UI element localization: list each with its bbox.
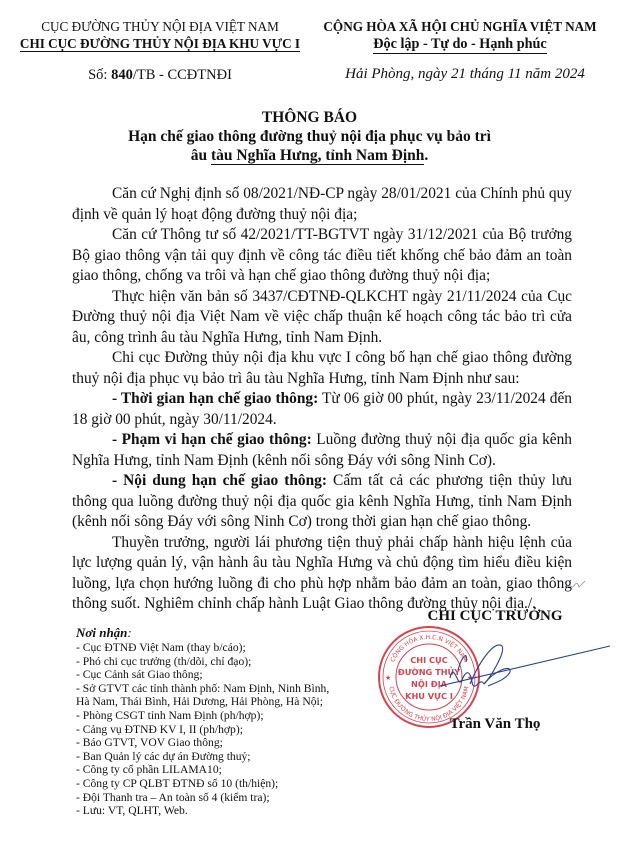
title-subtitle-1: Hạn chế giao thông đường thuỷ nội địa ph…	[0, 127, 619, 146]
title-subtitle-2: âu tàu Nghĩa Hưng, tỉnh Nam Định.	[0, 146, 619, 165]
recipient-item: - Phó chi cục trưởng (th/dõi, chỉ đạo);	[76, 655, 336, 669]
recipient-item: Hà Nam, Thái Bình, Hải Dương, Hải Phòng,…	[76, 695, 336, 709]
recipient-item: - Sở GTVT các tỉnh thành phố: Nam Định, …	[76, 682, 336, 696]
legal-basis-2: Căn cứ Thông tư số 42/2021/TT-BGTVT ngày…	[72, 225, 572, 287]
national-header: CỘNG HÒA XÃ HỘI CHỦ NGHĨA VIỆT NAM Độc l…	[310, 18, 610, 54]
recipient-item: - Cục Cảnh sát Giao thông;	[76, 668, 336, 682]
recipient-item: - Phòng CSGT tỉnh Nam Định (ph/hợp);	[76, 709, 336, 723]
document-body: Căn cứ Nghị định số 08/2021/NĐ-CP ngày 2…	[72, 184, 572, 615]
recipient-item: - Cục ĐTNĐ Việt Nam (thay b/cáo);	[76, 641, 336, 655]
recipient-item: - Lưu: VT, QLHT, Web.	[76, 804, 336, 818]
legal-basis-3: Thực hiện văn bản số 3437/CĐTNĐ-QLKCHT n…	[72, 287, 572, 349]
recipient-item: - Cảng vụ ĐTNĐ KV I, II (ph/hợp);	[76, 723, 336, 737]
recipient-item: - Đội Thanh tra – An toàn số 4 (kiểm tra…	[76, 791, 336, 805]
parent-agency: CỤC ĐƯỜNG THỦY NỘI ĐỊA VIỆT NAM	[0, 18, 320, 35]
document-title: THÔNG BÁO Hạn chế giao thông đường thuỷ …	[0, 108, 619, 165]
signer-title: CHI CỤC TRƯỞNG	[405, 608, 585, 625]
issuing-agency-header: CỤC ĐƯỜNG THỦY NỘI ĐỊA VIỆT NAM CHI CỤC …	[0, 18, 320, 52]
recipient-item: - Công ty cổ phần LILAMA10;	[76, 763, 336, 777]
restriction-time: - Thời gian hạn chế giao thông: Từ 06 gi…	[72, 389, 572, 430]
national-motto: Độc lập - Tự do - Hạnh phúc	[373, 36, 546, 54]
recipients-heading: Nơi nhận:	[76, 625, 336, 641]
recipient-item: - Công ty CP QLBT ĐTNĐ số 10 (th/hiện);	[76, 777, 336, 791]
restriction-content: - Nội dung hạn chế giao thông: Cấm tất c…	[72, 471, 572, 533]
recipient-item: - Báo GTVT, VOV Giao thông;	[76, 736, 336, 750]
closing-paragraph: Thuyền trưởng, người lái phương tiện thu…	[72, 533, 572, 615]
restriction-scope: - Phạm vi hạn chế giao thông: Luồng đườn…	[72, 430, 572, 471]
document-number: Số: 840/TB - CCĐTNĐI	[0, 67, 320, 84]
nation-name: CỘNG HÒA XÃ HỘI CHỦ NGHĨA VIỆT NAM	[310, 18, 610, 35]
title-heading: THÔNG BÁO	[0, 108, 619, 127]
announcement-intro: Chi cục Đường thủy nội địa khu vực I côn…	[72, 348, 572, 389]
recipient-item: - Ban Quản lý các dự án Đường thuỷ;	[76, 750, 336, 764]
place-date: Hải Phòng, ngày 21 tháng 11 năm 2024	[320, 66, 610, 83]
issuing-agency: CHI CỤC ĐƯỜNG THỦY NỘI ĐỊA KHU VỰC I	[0, 35, 320, 52]
svg-text:★: ★	[385, 674, 391, 682]
initial-mark-icon	[565, 578, 587, 592]
signer-name: Trần Văn Thọ	[405, 716, 585, 733]
legal-basis-1: Căn cứ Nghị định số 08/2021/NĐ-CP ngày 2…	[72, 184, 572, 225]
handwritten-signature-icon	[440, 640, 619, 720]
recipients-list: Nơi nhận: - Cục ĐTNĐ Việt Nam (thay b/cá…	[76, 625, 336, 818]
